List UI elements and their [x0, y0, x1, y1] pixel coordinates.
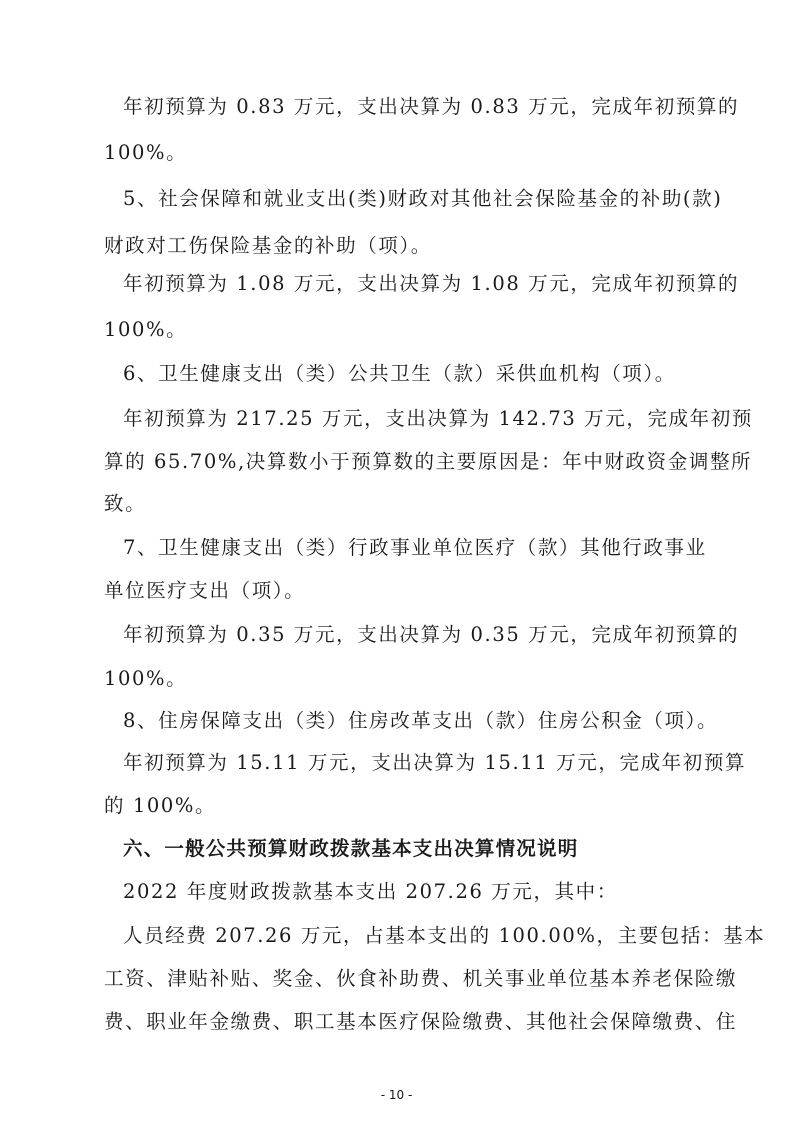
paragraph-line: 财政对工伤保险基金的补助（项）。	[104, 233, 724, 259]
paragraph-line: 100%。	[104, 666, 724, 692]
paragraph-line: 年初预算为 1.08 万元，支出决算为 1.08 万元，完成年初预算的	[123, 271, 743, 297]
paragraph-line: 100%。	[104, 140, 724, 166]
paragraph-line: 工资、津贴补贴、奖金、伙食补助费、机关事业单位基本养老保险缴	[104, 966, 724, 992]
page-number: - 10 -	[0, 1088, 793, 1102]
paragraph-line: 费、职业年金缴费、职工基本医疗保险缴费、其他社会保障缴费、住	[104, 1009, 724, 1035]
paragraph-line: 2022 年度财政拨款基本支出 207.26 万元，其中：	[123, 879, 743, 905]
paragraph-line: 年初预算为 217.25 万元，支出决算为 142.73 万元，完成年初预	[123, 406, 743, 432]
paragraph-line: 致。	[104, 491, 724, 517]
paragraph-line: 人员经费 207.26 万元，占基本支出的 100.00%，主要包括：基本	[123, 923, 743, 949]
paragraph-line: 年初预算为 0.35 万元，支出决算为 0.35 万元，完成年初预算的	[123, 622, 743, 648]
document-page: 年初预算为 0.83 万元，支出决算为 0.83 万元，完成年初预算的100%。…	[0, 0, 793, 1122]
section-heading: 六、一般公共预算财政拨款基本支出决算情况说明	[123, 836, 743, 862]
paragraph-line: 单位医疗支出（项）。	[104, 578, 724, 604]
paragraph-line: 的 100%。	[104, 793, 724, 819]
paragraph-line: 算的 65.70%,决算数小于预算数的主要原因是：年中财政资金调整所	[104, 449, 724, 475]
paragraph-line: 100%。	[104, 317, 724, 343]
paragraph-line: 8、住房保障支出（类）住房改革支出（款）住房公积金（项）。	[123, 708, 743, 734]
paragraph-line: 年初预算为 15.11 万元，支出决算为 15.11 万元，完成年初预算	[123, 750, 743, 776]
paragraph-line: 6、卫生健康支出（类）公共卫生（款）采供血机构（项）。	[123, 361, 743, 387]
paragraph-line: 5、社会保障和就业支出(类)财政对其他社会保险基金的补助(款)	[123, 186, 743, 212]
paragraph-line: 年初预算为 0.83 万元，支出决算为 0.83 万元，完成年初预算的	[123, 94, 743, 120]
paragraph-line: 7、卫生健康支出（类）行政事业单位医疗（款）其他行政事业	[123, 535, 743, 561]
